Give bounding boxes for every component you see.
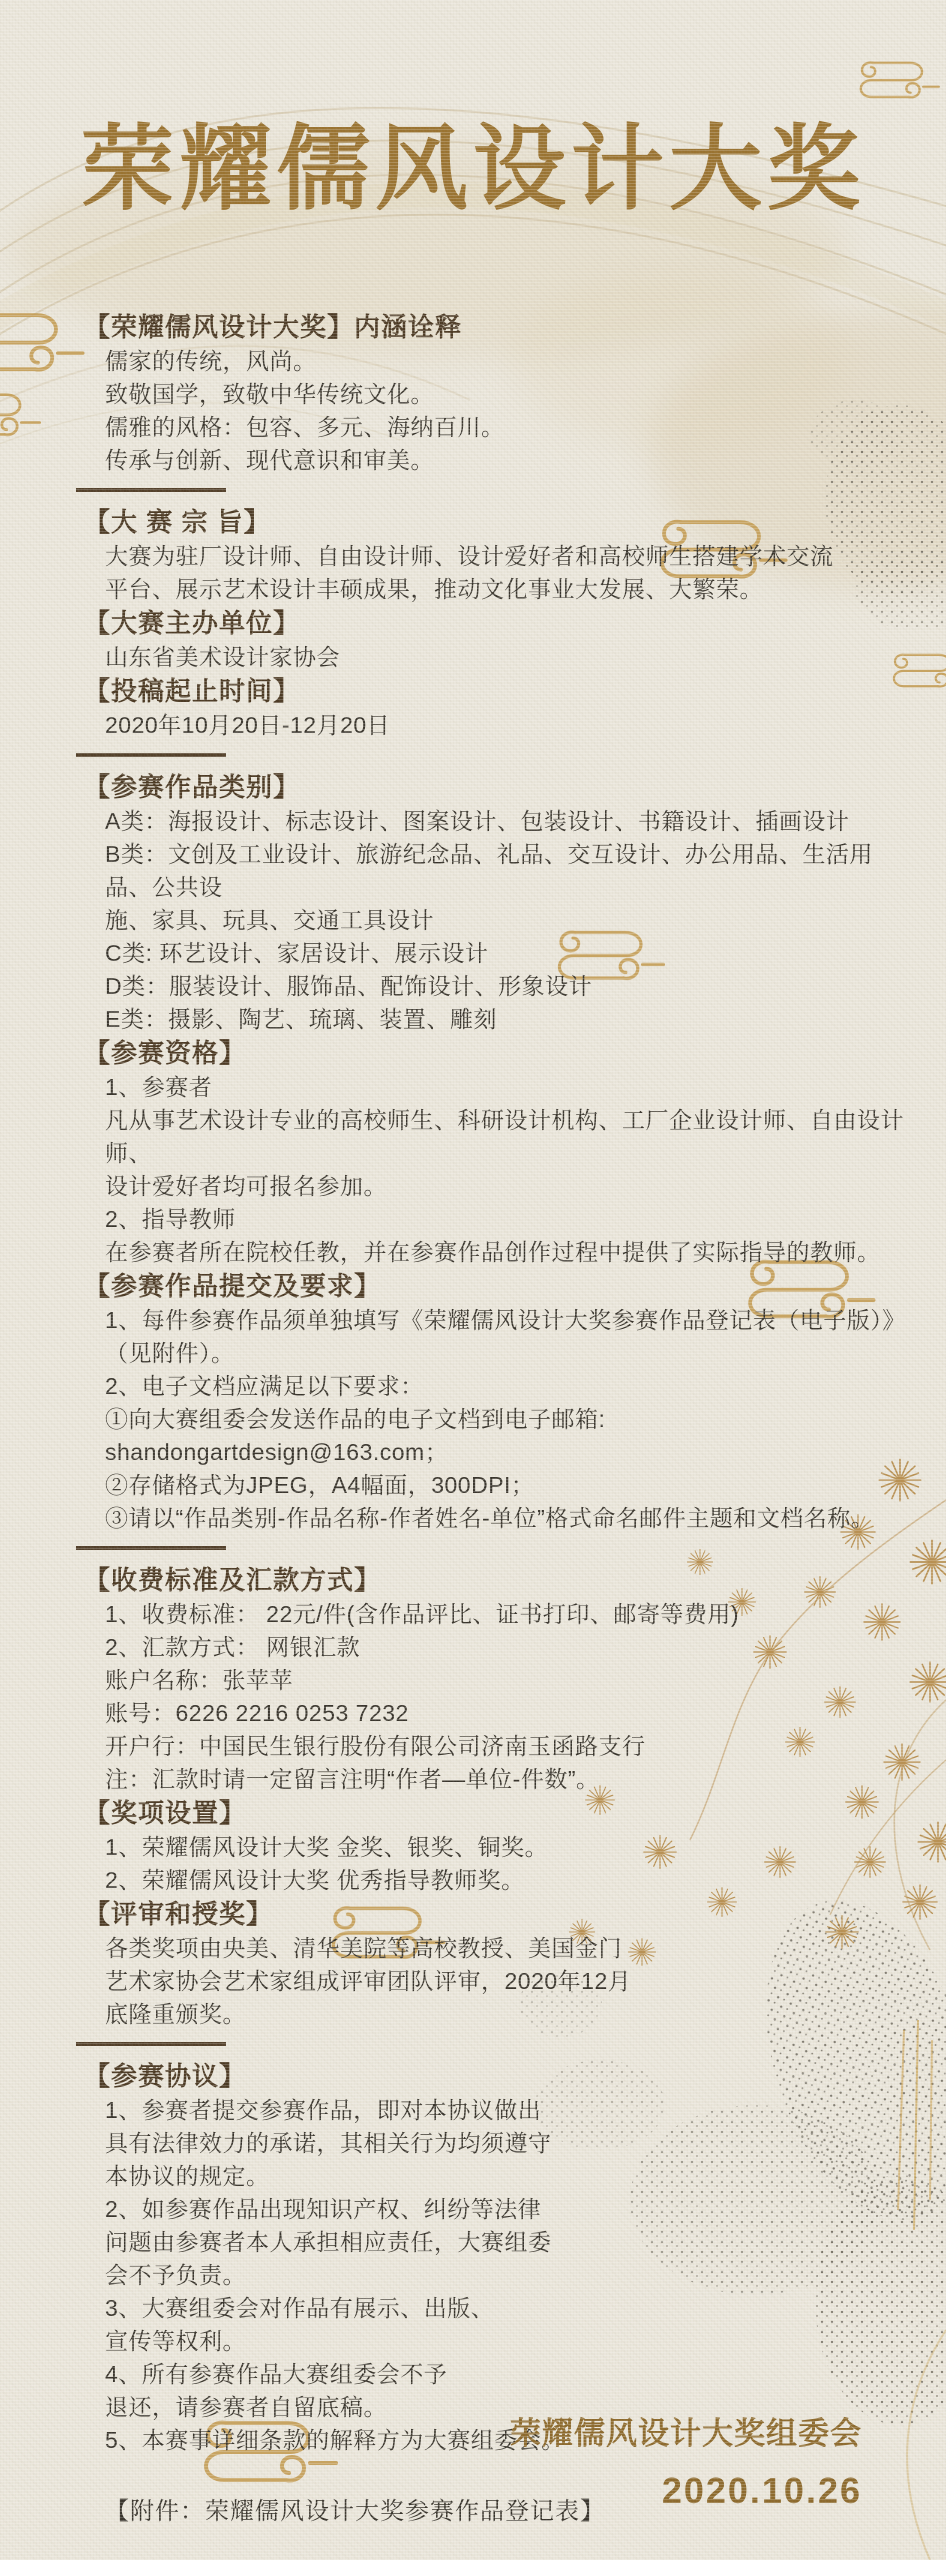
section-heading: 【大 赛 宗 旨】 [84,505,910,540]
body-line: 开户行：中国民生银行股份有限公司济南玉函路支行 [84,1730,910,1763]
section-divider [76,1546,226,1550]
body-line: 1、参赛者提交参赛作品，即对本协议做出 [84,2094,910,2127]
body-line: B类：文创及工业设计、旅游纪念品、礼品、交互设计、办公用品、生活用品、公共设 [84,838,910,904]
body-line: 具有法律效力的承诺，其相关行为均须遵守 [84,2127,910,2160]
body-line: D类：服装设计、服饰品、配饰设计、形象设计 [84,970,910,1003]
body-line: ③请以“作品类别-作品名称-作者姓名-单位”格式命名邮件主题和文档名称。 [84,1502,910,1535]
body-line: 会不予负责。 [84,2259,910,2292]
body-line: 本协议的规定。 [84,2160,910,2193]
section-heading: 【参赛资格】 [84,1036,910,1071]
body-line: 2、汇款方式： 网银汇款 [84,1631,910,1664]
body-line: 2、指导教师 [84,1203,910,1236]
body-line: 1、收费标准： 22元/件(含作品评比、证书打印、邮寄等费用) [84,1598,910,1631]
sections: 【荣耀儒风设计大奖】内涵诠释儒家的传统，风尚。致敬国学，致敬中华传统文化。儒雅的… [84,310,910,2457]
body-line: 1、参赛者 [84,1071,910,1104]
section-heading: 【参赛作品类别】 [84,770,910,805]
body-line: 2、荣耀儒风设计大奖 优秀指导教师奖。 [84,1864,910,1897]
section-heading: 【荣耀儒风设计大奖】内涵诠释 [84,310,910,345]
body-line: 3、大赛组委会对作品有展示、出版、 [84,2292,910,2325]
body-line: 账号：6226 2216 0253 7232 [84,1697,910,1730]
body-line: 4、所有参赛作品大赛组委会不予 [84,2358,910,2391]
body-line: 儒家的传统，风尚。 [84,345,910,378]
section-heading: 【评审和授奖】 [84,1897,910,1932]
body-line: 1、荣耀儒风设计大奖 金奖、银奖、铜奖。 [84,1831,910,1864]
poster-title: 荣耀儒风设计大奖 [0,122,946,217]
section-heading: 【大赛主办单位】 [84,606,910,641]
body-line: C类: 环艺设计、家居设计、展示设计 [84,937,910,970]
body-line: 儒雅的风格：包容、多元、海纳百川。 [84,411,910,444]
body-line: 大赛为驻厂设计师、自由设计师、设计爱好者和高校师生搭建学术交流 [84,540,910,573]
body-line: 底隆重颁奖。 [84,1998,910,2031]
body-line: 注：汇款时请一定留言注明“作者—单位-件数”。 [84,1763,910,1796]
body-line: 2020年10月20日-12月20日 [84,709,910,742]
body-line: 账户名称：张苹苹 [84,1664,910,1697]
body-line: 山东省美术设计家协会 [84,641,910,674]
body-line: 设计爱好者均可报名参加。 [84,1170,910,1203]
body-line: 问题由参赛者本人承担相应责任，大赛组委 [84,2226,910,2259]
section-heading: 【参赛作品提交及要求】 [84,1269,910,1304]
body-line: （见附件）。 [84,1337,910,1370]
section-heading: 【奖项设置】 [84,1796,910,1831]
body-line: 致敬国学，致敬中华传统文化。 [84,378,910,411]
section-heading: 【参赛协议】 [84,2059,910,2094]
body-line: 凡从事艺术设计专业的高校师生、科研设计机构、工厂企业设计师、自由设计师、 [84,1104,910,1170]
body-line: 各类奖项由央美、清华美院等高校教授、美国金门 [84,1932,910,1965]
body-line: 2、如参赛作品出现知识产权、纠纷等法律 [84,2193,910,2226]
body-line: 宣传等权利。 [84,2325,910,2358]
body-line: ②存储格式为JPEG，A4幅面，300DPI； [84,1469,910,1502]
body-line: A类：海报设计、标志设计、图案设计、包装设计、书籍设计、插画设计 [84,805,910,838]
section-divider [76,753,226,757]
section-heading: 【收费标准及汇款方式】 [84,1563,910,1598]
footer: 荣耀儒风设计大奖组委会 2020.10.26 [510,2414,862,2514]
footer-date: 2020.10.26 [510,2468,862,2514]
section-divider [76,2042,226,2046]
body-line: 2、电子文档应满足以下要求： [84,1370,910,1403]
body-line: 艺术家协会艺术家组成评审团队评审，2020年12月 [84,1965,910,1998]
content: 【荣耀儒风设计大奖】内涵诠释儒家的传统，风尚。致敬国学，致敬中华传统文化。儒雅的… [0,310,946,2529]
footer-organizer: 荣耀儒风设计大奖组委会 [510,2414,862,2454]
section-divider [76,488,226,492]
body-line: ①向大赛组委会发送作品的电子文档到电子邮箱: shandongartdesign… [84,1403,910,1469]
body-line: E类：摄影、陶艺、琉璃、装置、雕刻 [84,1003,910,1036]
body-line: 施、家具、玩具、交通工具设计 [84,904,910,937]
section-heading: 【投稿起止时间】 [84,674,910,709]
poster: 荣耀儒风设计大奖 【荣耀儒风设计大奖】内涵诠释儒家的传统，风尚。致敬国学，致敬中… [0,0,946,2560]
body-line: 1、每件参赛作品须单独填写《荣耀儒风设计大奖参赛作品登记表（电子版）》 [84,1304,910,1337]
body-line: 平台、展示艺术设计丰硕成果，推动文化事业大发展、大繁荣。 [84,573,910,606]
body-line: 传承与创新、现代意识和审美。 [84,444,910,477]
body-line: 在参赛者所在院校任教，并在参赛作品创作过程中提供了实际指导的教师。 [84,1236,910,1269]
